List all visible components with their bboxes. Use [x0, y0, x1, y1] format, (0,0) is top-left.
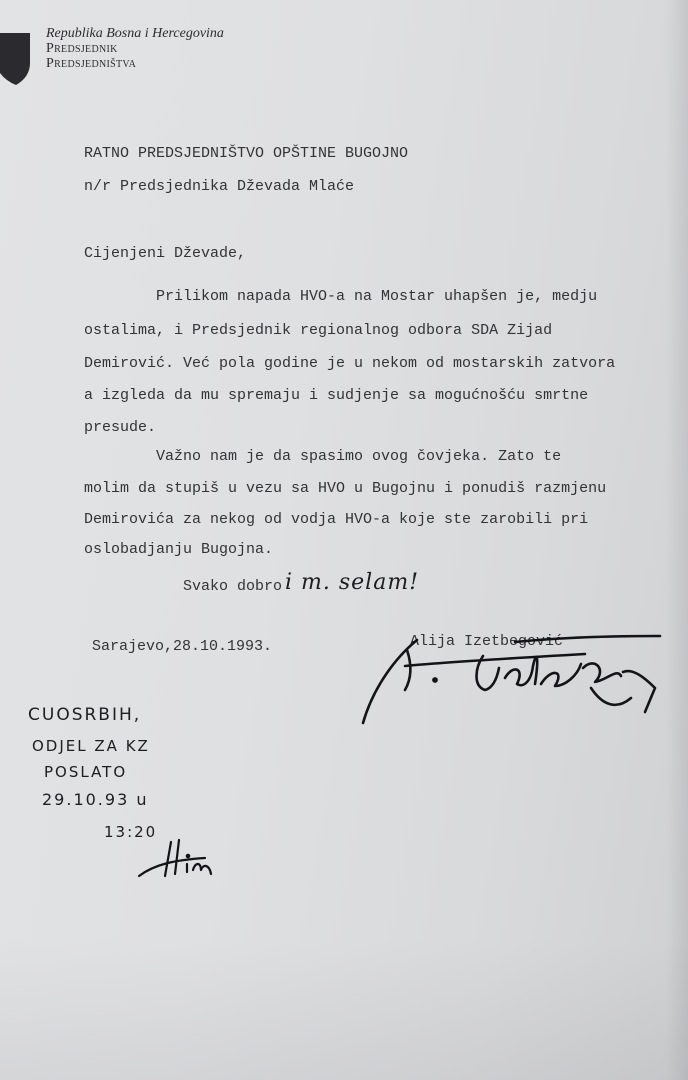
page-bottom-shade — [0, 940, 688, 1080]
note-line-1: CUOSRBIH, — [28, 705, 141, 725]
signature-icon — [355, 628, 675, 728]
note-line-3: POSLATO — [44, 763, 127, 781]
body-line: a izgleda da mu spremaju i sudjenje sa m… — [84, 387, 588, 404]
body-line: oslobadjanju Bugojna. — [84, 541, 273, 558]
letter-page: Republika Bosna i Hercegovina Predsjedni… — [0, 0, 688, 1080]
body-line: presude. — [84, 419, 156, 436]
body-line: ostalima, i Predsjednik regionalnog odbo… — [84, 322, 552, 339]
letterhead-republic: Republika Bosna i Hercegovina — [46, 26, 224, 41]
letterhead: Republika Bosna i Hercegovina Predsjedni… — [46, 26, 224, 71]
page-edge-shadow — [666, 0, 688, 1080]
initials-icon — [135, 838, 225, 883]
letterhead-title-1: Predsjednik — [46, 41, 224, 56]
salutation: Cijenjeni Dževade, — [84, 245, 246, 262]
body-line: Demirović. Već pola godine je u nekom od… — [84, 355, 615, 372]
closing-typed: Svako dobro — [183, 578, 282, 595]
note-line-4: 29.10.93 u — [42, 790, 148, 809]
note-line-2: ODJEL ZA KZ — [32, 737, 150, 755]
recipient-attention: n/r Predsjednika Dževada Mlaće — [84, 178, 354, 195]
closing-handwritten: i m. selam! — [285, 570, 419, 595]
recipient-organization: RATNO PREDSJEDNIŠTVO OPŠTINE BUGOJNO — [84, 145, 408, 162]
letterhead-title-2: Predsjedništva — [46, 56, 224, 71]
body-line: molim da stupiš u vezu sa HVO u Bugojnu … — [84, 480, 606, 497]
coat-of-arms-icon — [0, 33, 31, 85]
body-line: Važno nam je da spasimo ovog čovjeka. Za… — [84, 448, 561, 465]
body-line: Demirovića za nekog od vodja HVO-a koje … — [84, 511, 588, 528]
body-line: Prilikom napada HVO-a na Mostar uhapšen … — [84, 288, 597, 305]
place-date: Sarajevo,28.10.1993. — [92, 638, 272, 655]
